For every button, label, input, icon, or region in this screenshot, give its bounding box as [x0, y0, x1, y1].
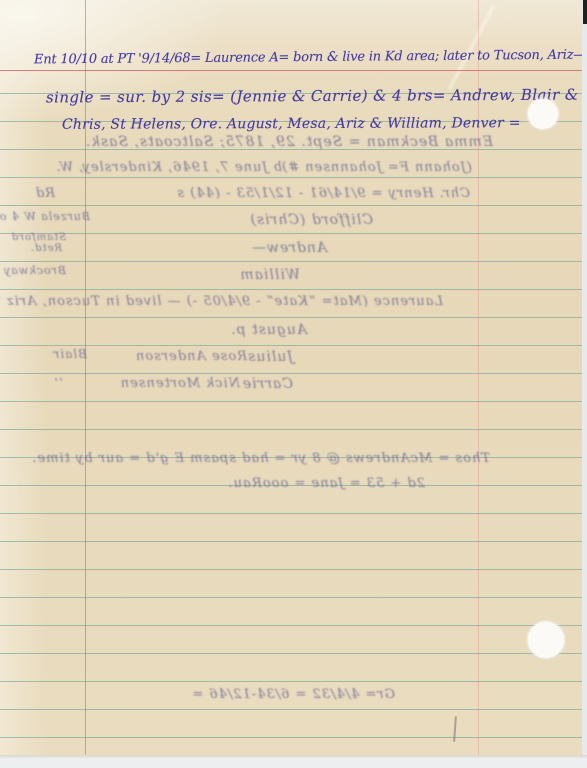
- rule-line: [0, 541, 582, 542]
- ghost-text: Brockway: [3, 264, 66, 277]
- rule-line: [0, 429, 582, 430]
- ghost-text: Laurence (Mat= “Kate” - 9/4/05 -) — live…: [0, 294, 443, 309]
- ghost-text: William: [239, 267, 300, 283]
- rule-line: [0, 681, 582, 682]
- scanner-edge-corner: [583, 0, 587, 24]
- rule-line: [0, 653, 582, 654]
- ghost-text: ’’: [53, 376, 63, 390]
- ghost-text: Emma Beckman = Sept. 29, 1875; Saltcoats…: [85, 134, 493, 150]
- rule-line: [0, 513, 582, 514]
- ghost-text: Rd: [35, 186, 55, 201]
- ghost-margin-rule: [478, 0, 479, 755]
- handwritten-line: Ent 10/10 at PT '9/14/68= Laurence A= bo…: [34, 48, 586, 68]
- rule-line: [0, 485, 582, 486]
- ghost-text: Burzela W 4 o: [0, 210, 90, 223]
- rule-line: [0, 149, 582, 150]
- rule-line: [0, 401, 582, 402]
- hole-punch: [528, 99, 558, 129]
- handwritten-line: single = sur. by 2 sis= (Jennie & Carrie…: [46, 86, 579, 107]
- rule-line: [0, 569, 582, 570]
- rule-line: [0, 177, 582, 178]
- rule-line: [0, 233, 582, 234]
- ghost-text: Chr. Henry = 9/14/61 - 12/1/53 - (44) s: [176, 186, 470, 201]
- rule-line: [0, 317, 582, 318]
- rule-line: [0, 373, 582, 374]
- rule-line: [0, 289, 582, 290]
- ghost-text: b June 7, 1946, Kindersley, W.: [56, 160, 282, 175]
- rule-line: [0, 205, 582, 206]
- hole-punch: [528, 622, 564, 658]
- rule-line: [0, 261, 582, 262]
- stray-mark: [453, 716, 457, 742]
- ghost-text: Rose Anderson: [135, 349, 247, 364]
- ghost-layer: Emma Beckman = Sept. 29, 1875; Saltcoats…: [0, 0, 582, 755]
- rule-line: [0, 597, 582, 598]
- ghost-text: 2d + 53 = Jane = oooRau.: [228, 476, 425, 491]
- notebook-paper: Emma Beckman = Sept. 29, 1875; Saltcoats…: [0, 0, 582, 755]
- ghost-text: Gr= 4/4/32 = 6/34-12/46 =: [191, 687, 395, 702]
- ghost-text: Clifford (Chris): [249, 212, 373, 228]
- ghost-text: (Johann F= Johannsen #): [281, 160, 472, 175]
- ghost-text: Carrie: [242, 376, 293, 392]
- ghost-text: Retd.: [30, 243, 62, 254]
- rule-line: [0, 709, 582, 710]
- ghost-text: Julius: [247, 349, 293, 365]
- ghost-text: Thos = McAndrews @ 8 yr = had spasm E g'…: [31, 451, 490, 466]
- ghost-text: Andrew—: [251, 240, 327, 256]
- rule-line: [0, 457, 582, 458]
- scanner-edge-right: [582, 0, 587, 768]
- scanner-strip-bottom: [0, 755, 587, 768]
- rule-line: [0, 625, 582, 626]
- ghost-text: Nick Mortensen: [120, 376, 240, 391]
- margin-rule: [85, 0, 86, 755]
- rule-line: [0, 737, 582, 738]
- ghost-text: Blair: [53, 347, 87, 361]
- ghost-text: August p.: [230, 322, 307, 338]
- scanned-page: Emma Beckman = Sept. 29, 1875; Saltcoats…: [0, 0, 587, 768]
- handwritten-line: Chris, St Helens, Ore. August, Mesa, Ari…: [62, 115, 521, 133]
- rule-line: [0, 345, 582, 346]
- head-rule: [0, 70, 582, 71]
